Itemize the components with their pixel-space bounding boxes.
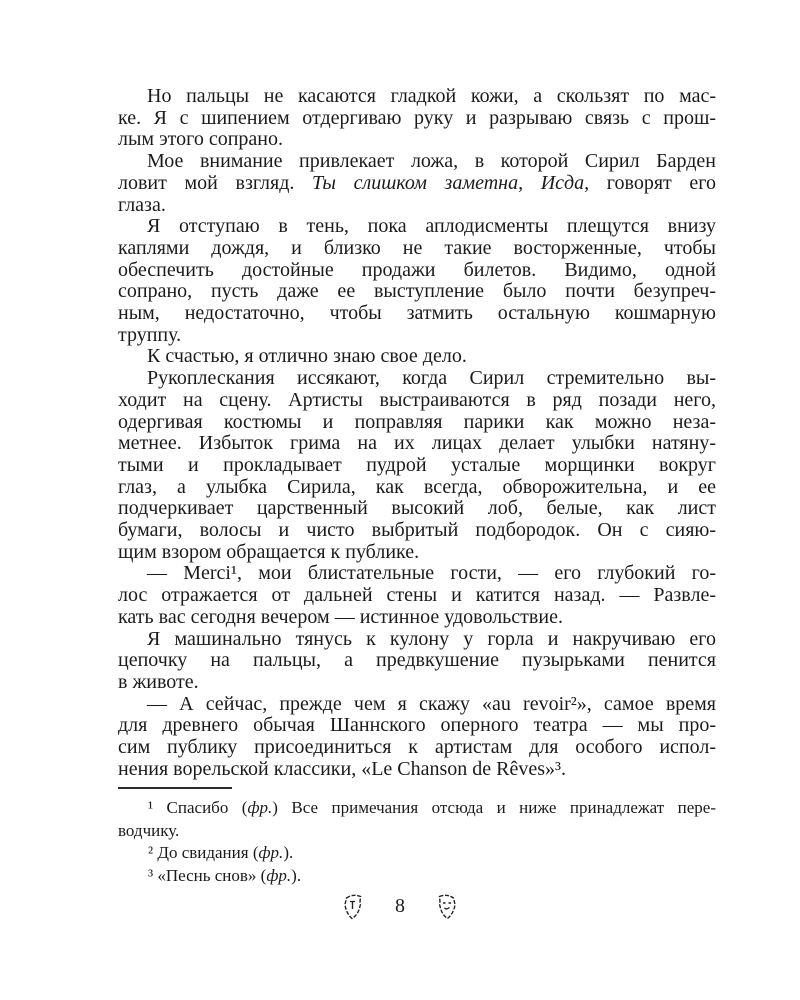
text-line: лым этого сопрано. — [118, 129, 716, 151]
paragraph: — А сейчас, прежде чем я скажу «au revoi… — [118, 694, 716, 781]
text-line: Мое внимание привлекает ложа, в которой … — [118, 151, 716, 173]
text-line: щим взором обращается к публике. — [118, 542, 716, 564]
text-line: для древнего обычая Шаннского оперного т… — [118, 715, 716, 737]
text-line: обеспечить достойные продажи билетов. Ви… — [118, 260, 716, 282]
text-line: ³ «Песнь снов» (фр.). — [118, 865, 716, 888]
page-footer: 8 — [0, 891, 800, 921]
text-line: сопрано, пусть даже ее выступление было … — [118, 281, 716, 303]
text-line: глаз, а улыбка Сирила, как всегда, обвор… — [118, 477, 716, 499]
text-line: водчику. — [118, 820, 716, 843]
text-line: Рукоплескания иссякают, когда Сирил стре… — [118, 368, 716, 390]
paragraph: ³ «Песнь снов» (фр.). — [118, 865, 716, 888]
text-line: Я машинально тянусь к кулону у горла и н… — [118, 629, 716, 651]
body-text: Но пальцы не касаются гладкой кожи, а ск… — [118, 86, 716, 781]
text-line: сим публику присоединиться к артистам дл… — [118, 737, 716, 759]
paragraph: Я отступаю в тень, пока аплодисменты пле… — [118, 216, 716, 346]
text-line: тыми и прокладывает пудрой усталые морщи… — [118, 455, 716, 477]
paragraph: Мое внимание привлекает ложа, в которой … — [118, 151, 716, 216]
paragraph: Но пальцы не касаются гладкой кожи, а ск… — [118, 86, 716, 151]
paragraph: Я машинально тянусь к кулону у горла и н… — [118, 629, 716, 694]
text-line: Я отступаю в тень, пока аплодисменты пле… — [118, 216, 716, 238]
text-line: ходит на сцену. Артисты выстраиваются в … — [118, 390, 716, 412]
text-line: К счастью, я отлично знаю свое дело. — [118, 346, 716, 368]
text-line: одергивая костюмы и поправляя парики как… — [118, 412, 716, 434]
text-line: нения ворельской классики, «Le Chanson d… — [118, 759, 716, 781]
text-line: ке. Я с шипением отдергиваю руку и разры… — [118, 108, 716, 130]
text-line: — А сейчас, прежде чем я скажу «au revoi… — [118, 694, 716, 716]
text-line: труппу. — [118, 325, 716, 347]
theater-mask-left-icon — [342, 892, 365, 921]
text-line: каплями дождя, и близко не такие восторж… — [118, 238, 716, 260]
footnotes: ¹ Спасибо (фр.) Все примечания отсюда и … — [118, 797, 716, 887]
text-line: кать вас сегодня вечером — истинное удов… — [118, 607, 716, 629]
text-line: глаза. — [118, 195, 716, 217]
theater-mask-right-icon — [435, 892, 458, 921]
text-line: ² До свидания (фр.). — [118, 842, 716, 865]
text-line: в животе. — [118, 672, 716, 694]
text-line: метнее. Избыток грима на их лицах делает… — [118, 433, 716, 455]
text-line: цепочку на пальцы, а предвкушение пузырь… — [118, 650, 716, 672]
paragraph: ² До свидания (фр.). — [118, 842, 716, 865]
paragraph: ¹ Спасибо (фр.) Все примечания отсюда и … — [118, 797, 716, 842]
text-line: лос отражается от дальней стены и катитс… — [118, 585, 716, 607]
text-line: ¹ Спасибо (фр.) Все примечания отсюда и … — [118, 797, 716, 820]
text-line: ловит мой взгляд. Ты слишком заметна, Ис… — [118, 173, 716, 195]
paragraph: Рукоплескания иссякают, когда Сирил стре… — [118, 368, 716, 563]
paragraph: — Merci¹, мои блистательные гости, — его… — [118, 563, 716, 628]
text-line: — Merci¹, мои блистательные гости, — его… — [118, 563, 716, 585]
text-line: бумаги, волосы и чисто выбритый подбород… — [118, 520, 716, 542]
footnote-separator — [118, 787, 232, 789]
text-line: подчеркивает царственный высокий лоб, бе… — [118, 498, 716, 520]
text-line: ным, недостаточно, чтобы затмить остальн… — [118, 303, 716, 325]
book-page: Но пальцы не касаются гладкой кожи, а ск… — [0, 0, 800, 1000]
text-line: Но пальцы не касаются гладкой кожи, а ск… — [118, 86, 716, 108]
page-number: 8 — [395, 891, 405, 921]
paragraph: К счастью, я отлично знаю свое дело. — [118, 346, 716, 368]
